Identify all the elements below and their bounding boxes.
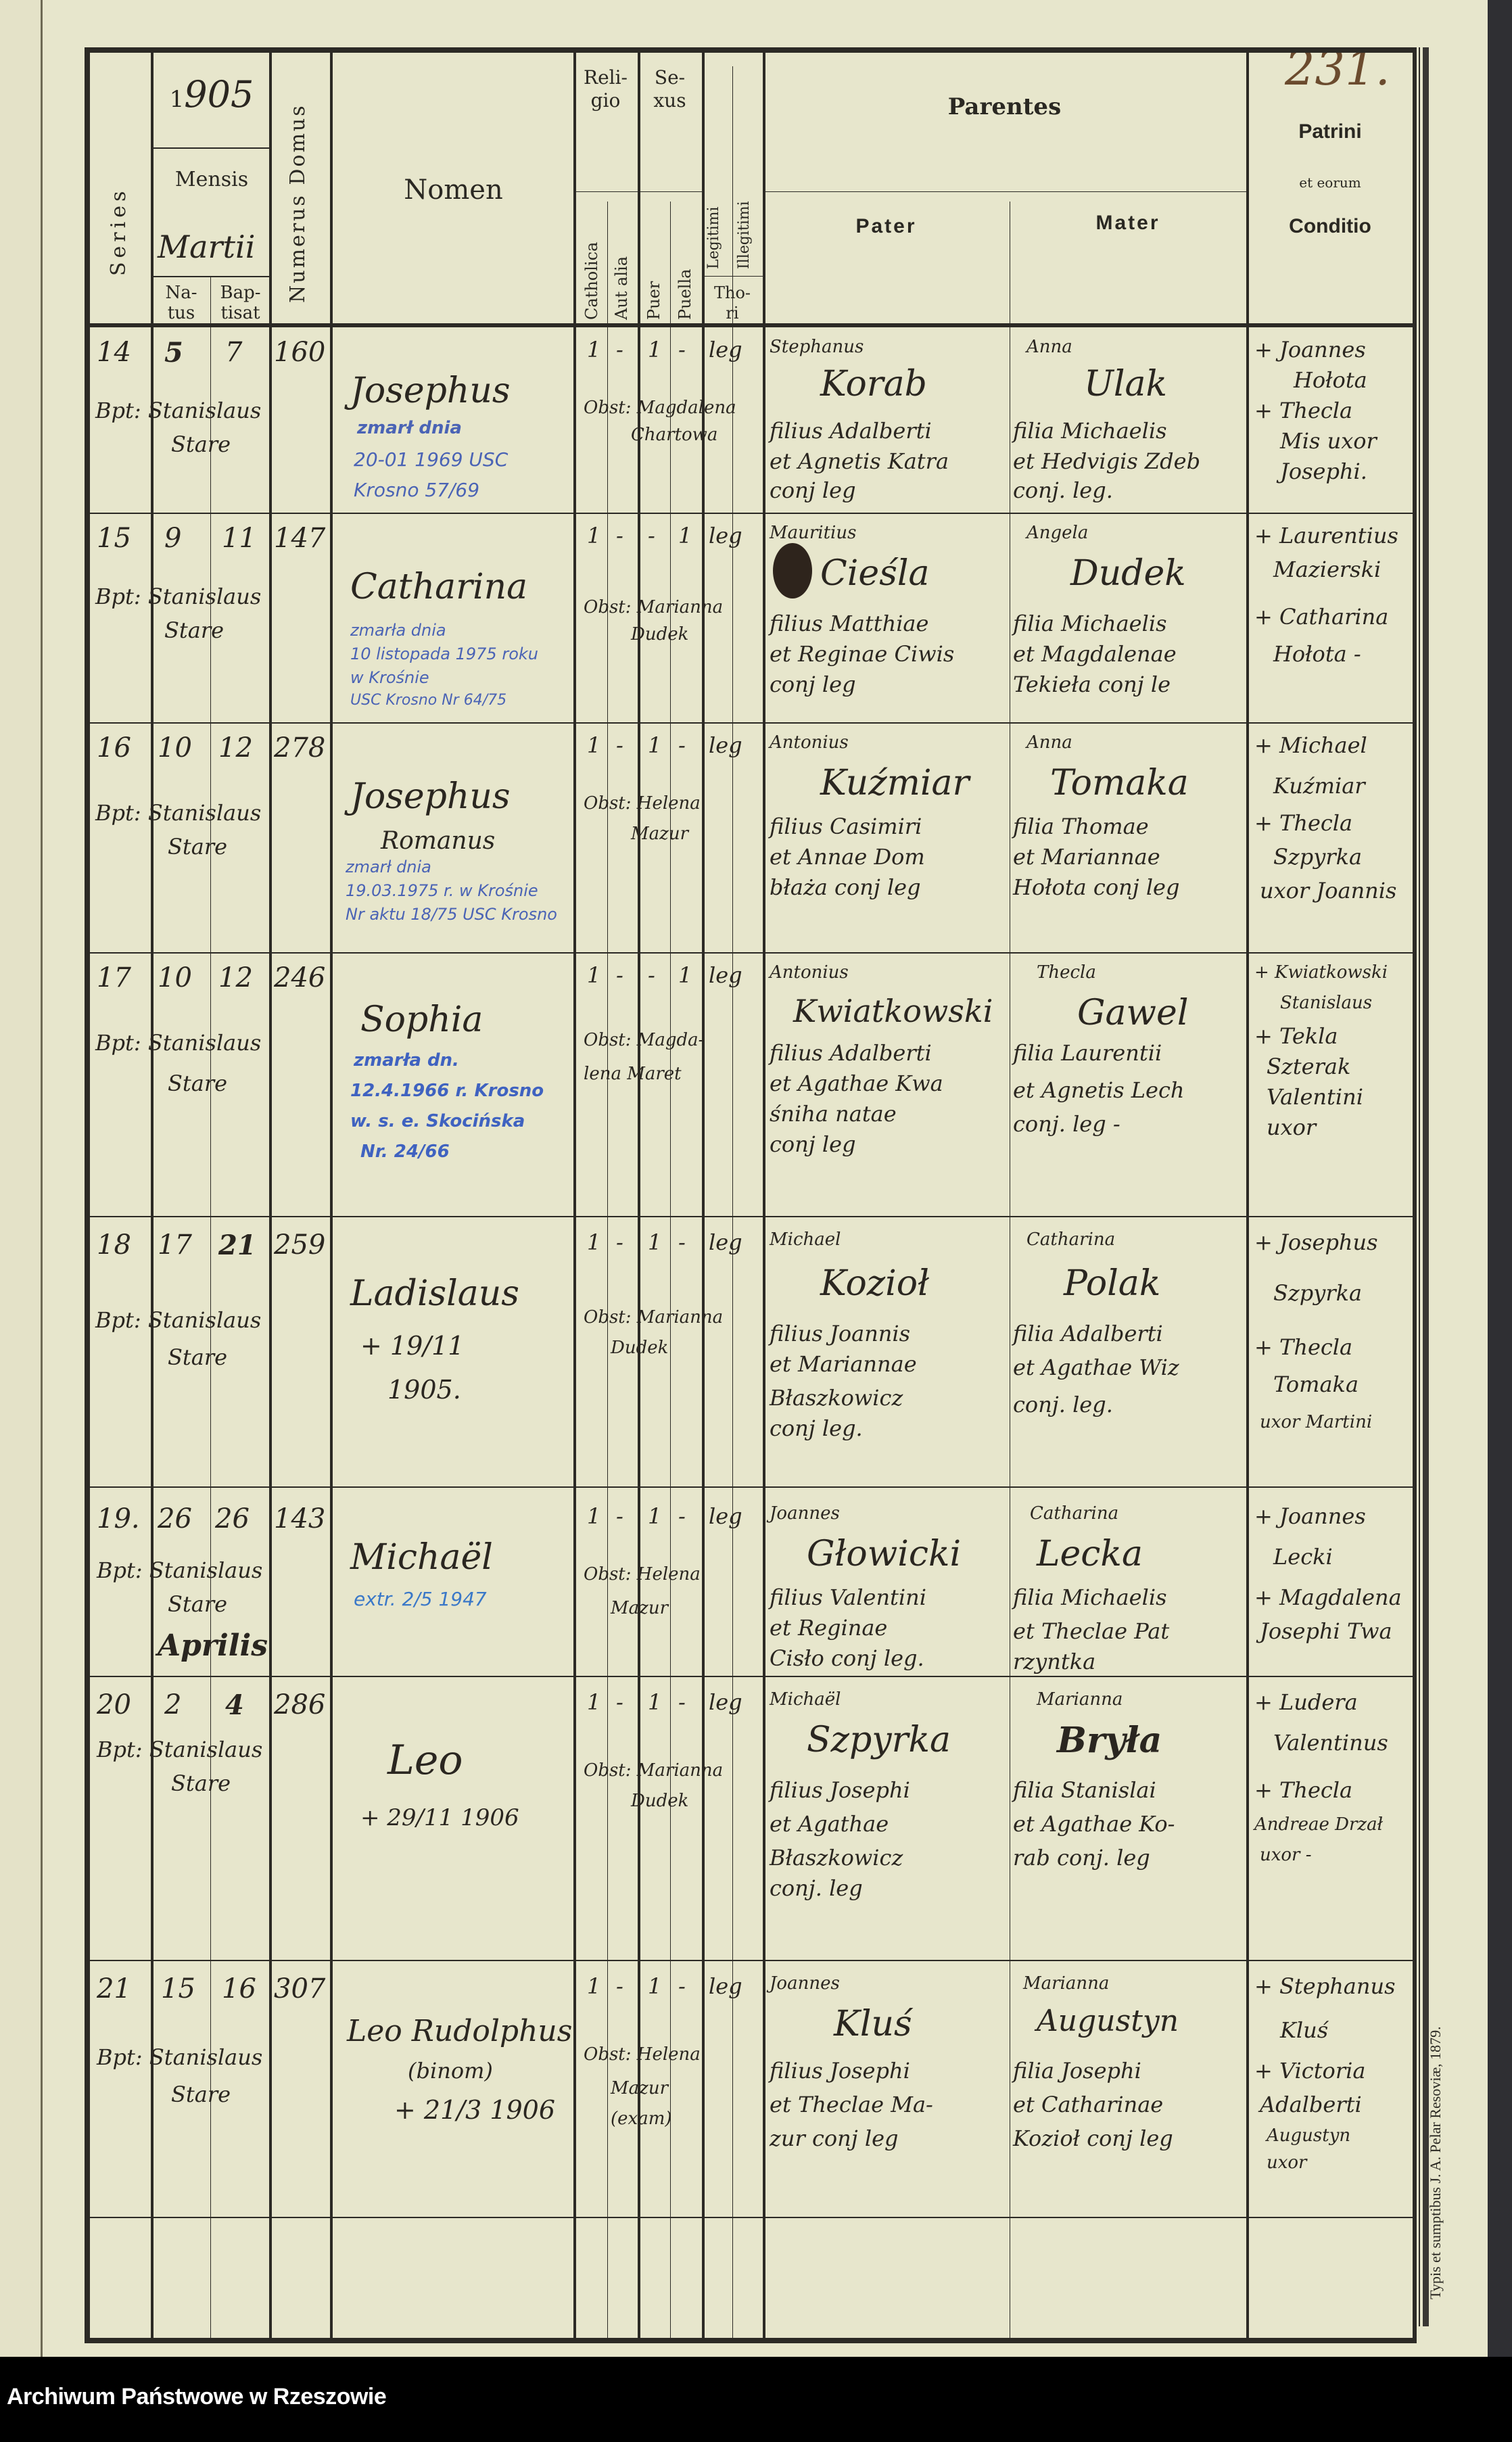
mother-given-name: Catharina [1030,1503,1118,1524]
midwife: Dudek [631,624,688,644]
midwife: Obst: Marianna [584,597,723,617]
godparent: Szpyrka [1273,844,1362,870]
godparent: Valentini [1267,1084,1363,1110]
mother-lineage: et Mariannae [1013,844,1160,870]
godparent: Kuźmiar [1273,773,1365,799]
baptizer-place: Stare [168,834,227,860]
father-lineage: conj leg. [770,1415,863,1441]
father-lineage: śniha natae [770,1101,897,1127]
legitimacy-mark: leg [709,962,742,988]
father-given-name: Antonius [770,732,849,753]
mother-given-name: Catharina [1026,1229,1115,1250]
baptizer: Bpt: Stanislaus [95,584,261,609]
death-annotation: w Krośnie [350,668,429,687]
rule [702,276,763,277]
midwife: Obst: Marianna [584,1307,723,1328]
header-bottom-rule [90,323,1413,327]
godparent: Stanislaus [1280,993,1372,1013]
father-lineage: conj leg [770,1131,856,1157]
father-lineage: zur conj leg [770,2126,898,2151]
baptizer-place: Stare [168,1071,227,1096]
baptism-day: 11 [222,523,256,554]
mother-lineage: filia Michaelis [1013,1584,1167,1610]
baptizer-place: Stare [164,617,224,643]
death-annotation: zmarła dn. [354,1050,459,1071]
header-et-eorum: et eorum [1249,174,1411,191]
aut-alia-mark: - [616,732,623,758]
mother-given-name: Anna [1026,732,1072,753]
header-month: Martii [158,229,255,265]
godparent: + Tekla [1254,1023,1338,1049]
header-mater: Mater [1010,212,1246,235]
father-lineage: et Mariannae [770,1351,917,1377]
godparent: + Ludera [1254,1689,1358,1715]
header-catholica: Catholica [582,242,601,320]
godparent: Kluś [1280,2017,1328,2043]
mother-lineage: et Theclae Pat [1013,1618,1169,1644]
printer-imprint: Typis et sumptibus J. A. Pelar Resoviæ, … [1427,2026,1444,2299]
death-annotation: 19.03.1975 r. w Krośnie [346,881,538,900]
midwife: Chartowa [631,425,717,445]
death-annotation: Nr. 24/66 [360,1142,450,1162]
extract-annotation: extr. 2/5 1947 [354,1588,487,1610]
rule [151,147,269,149]
mother-lineage: conj. leg - [1013,1111,1120,1137]
legitimacy-mark: leg [709,337,742,362]
aut-alia-mark: - [616,962,623,988]
mother-lineage: rzyntka [1013,1649,1095,1674]
death-annotation: Krosno 57/69 [354,479,479,501]
house-number: 307 [274,1973,325,2004]
father-surname: Korab [820,364,927,404]
father-lineage: filius Joannis [770,1321,910,1346]
death-annotation: w. s. e. Skocińska [350,1111,525,1131]
midwife: Obst: Marianna [584,1760,723,1781]
death-annotation: 12.4.1966 r. Krosno [350,1081,544,1101]
row-rule [90,1486,1413,1488]
baptizer: Bpt: Stanislaus [97,1737,262,1762]
mother-given-name: Anna [1026,337,1072,357]
entry-row-18[interactable]: 18 17 21 259 Bpt: Stanislaus Stare Ladis… [90,1219,1413,1486]
row-rule [90,1676,1413,1677]
midwife: Mazur [631,824,688,844]
rule [151,276,269,277]
baptizer-place: Stare [171,1770,231,1796]
death-note: + 29/11 1906 [360,1804,519,1831]
row-rule [90,1960,1413,1961]
aut-alia-mark: - [616,1503,623,1529]
right-border-thick [1423,47,1429,2326]
baptizer-place: Stare [171,2082,231,2107]
father-lineage: filius Matthiae [770,611,928,636]
puer-mark: - [648,962,655,988]
series-number: 14 [97,337,131,368]
godparent: uxor [1267,1114,1316,1140]
mother-surname: Lecka [1037,1534,1143,1574]
birth-day: 26 [158,1503,192,1534]
row-rule [90,1216,1413,1217]
child-name-note: (binom) [408,2058,493,2084]
catholica-mark: 1 [587,732,600,758]
birth-day: 9 [164,523,181,554]
child-name: Catharina [350,567,527,607]
godparent: + Thecla [1254,1777,1352,1803]
godparent: Hołota - [1273,641,1361,667]
mother-surname: Bryła [1057,1720,1162,1761]
mother-lineage: filia Josephi [1013,2058,1141,2084]
archive-footer: Archiwum Państwowe w Rzeszowie [0,2357,1512,2442]
entry-row-16[interactable]: 16 10 12 278 Bpt: Stanislaus Stare Josep… [90,726,1413,952]
mother-lineage: et Agathae Ko- [1013,1811,1175,1837]
midwife: Mazur [611,1598,668,1618]
row-rule [90,2217,1413,2218]
mother-given-name: Marianna [1023,1973,1109,1994]
puer-mark: 1 [648,1503,661,1529]
godparent: Valentinus [1273,1730,1388,1756]
father-given-name: Stephanus [770,337,864,357]
father-surname: Kozioł [820,1263,929,1304]
child-name: Leo [387,1737,463,1784]
father-surname: Głowicki [807,1534,961,1574]
puella-mark: - [678,1973,686,1999]
godparent: + Victoria [1254,2058,1365,2084]
mother-given-name: Thecla [1037,962,1096,983]
baptism-day: 16 [222,1973,256,2004]
house-number: 246 [274,962,325,993]
baptism-day: 21 [218,1229,256,1261]
register-table: Series 1905 Mensis Martii Na- tus Bap- t… [85,47,1417,2343]
father-lineage: conj leg [770,672,856,697]
mother-surname: Polak [1064,1263,1160,1304]
aut-alia-mark: - [616,1229,623,1255]
mother-lineage: Kozioł conj leg [1013,2126,1173,2151]
father-surname: Kwiatkowski [793,993,993,1029]
series-number: 15 [97,523,131,554]
puer-mark: 1 [648,1973,661,1999]
aut-alia-mark: - [616,1973,623,1999]
ink-blot [773,543,812,598]
header-thori: Tho- ri [702,283,763,323]
puer-mark: 1 [648,732,661,758]
mother-given-name: Angela [1026,523,1088,543]
mother-lineage: et Agathae Wiz [1013,1355,1179,1380]
catholica-mark: 1 [587,1503,600,1529]
series-number: 17 [97,962,131,993]
mother-lineage: Hołota conj leg [1013,874,1179,900]
death-note: + 19/11 [360,1331,464,1361]
legitimacy-mark: leg [709,1229,742,1255]
baptism-day: 7 [225,337,242,368]
puella-mark: - [678,732,686,758]
archive-name: Archiwum Państwowe w Rzeszowie [7,2384,386,2410]
godparent: uxor Martini [1260,1412,1372,1432]
godparent: + Thecla [1254,810,1352,836]
puella-mark: - [678,337,686,362]
father-lineage: filius Adalberti [770,1040,932,1066]
mother-lineage: et Catharinae [1013,2092,1163,2117]
baptism-day: 4 [225,1689,244,1721]
godparent: + Thecla [1254,1334,1352,1360]
header-numerus-domus: Numerus Domus [286,103,310,303]
entry-row-20[interactable]: 20 2 4 286 Bpt: Stanislaus Stare Leo + 2… [90,1679,1413,1960]
baptizer-place: Stare [168,1344,227,1370]
godparent: Mis uxor [1280,428,1377,454]
mother-lineage: conj. leg. [1013,1392,1113,1417]
father-given-name: Joannes [770,1503,840,1524]
puella-mark: 1 [678,962,692,988]
series-number: 19. [97,1503,140,1534]
mother-lineage: et Magdalenae [1013,641,1177,667]
mother-surname: Gawel [1077,993,1188,1033]
mother-lineage: rab conj. leg [1013,1845,1150,1871]
godparent: Andreae Drzał [1254,1814,1383,1835]
godparent: uxor - [1260,1845,1312,1865]
mother-surname: Augustyn [1037,2004,1179,2038]
father-given-name: Joannes [770,1973,840,1994]
row-rule [90,952,1413,954]
father-surname: Kuźmiar [820,763,969,803]
midwife: Mazur [611,2078,668,2098]
catholica-mark: 1 [587,523,600,548]
legitimacy-mark: leg [709,732,742,758]
child-name: Leo Rudolphus [347,2014,572,2048]
header-legitimi: Legitimi [705,206,722,269]
father-lineage: filius Josephi [770,2058,910,2084]
godparent: Josephi Twa [1260,1618,1392,1644]
midwife: Obst: Helena [584,2044,701,2065]
godparent: Hołota [1294,367,1367,393]
header-conditio: Conditio [1249,215,1411,238]
father-lineage: filius Josephi [770,1777,910,1803]
rule [573,191,702,192]
legitimacy-mark: leg [709,523,742,548]
child-name: Michaël [350,1537,493,1578]
midwife: (exam) [611,2109,672,2129]
mother-surname: Tomaka [1050,763,1189,803]
death-annotation: zmarł dnia [357,418,462,438]
mother-lineage: filia Stanislai [1013,1777,1156,1803]
father-lineage: błaża conj leg [770,874,921,900]
mother-lineage: et Agnetis Lech [1013,1077,1185,1103]
child-name: Sophia [360,1000,483,1040]
mother-lineage: filia Laurentii [1013,1040,1162,1066]
catholica-mark: 1 [587,962,600,988]
father-lineage: filius Casimiri [770,814,922,839]
house-number: 147 [274,523,325,554]
header-aut-alia: Aut alia [612,256,631,320]
godparent: + Michael [1254,732,1367,758]
legitimacy-mark: leg [709,1689,742,1715]
header-baptisat: Bap- tisat [212,283,269,323]
puer-mark: 1 [648,1689,661,1715]
house-number: 286 [274,1689,325,1720]
godparent: Tomaka [1273,1371,1359,1397]
godparent: Josephi. [1280,459,1367,484]
father-given-name: Michael [770,1229,841,1250]
godparent: + Stephanus [1254,1973,1396,1999]
aut-alia-mark: - [616,523,623,548]
puella-mark: - [678,1689,686,1715]
godparent: Lecki [1273,1544,1333,1570]
death-annotation: zmarła dnia [350,621,446,640]
entry-row-21[interactable]: 21 15 16 307 Bpt: Stanislaus Stare Leo R… [90,1963,1413,2217]
father-lineage: Błaszkowicz [770,1385,903,1411]
rule [763,191,1246,192]
entry-row-19[interactable]: 19. 26 26 143 Bpt: Stanislaus Stare Apri… [90,1490,1413,1676]
right-border-thin [1419,47,1420,2326]
midwife: Obst: Helena [584,1564,701,1584]
godparent: uxor [1267,2153,1307,2173]
godparent: + Joannes [1254,1503,1366,1529]
father-lineage: et Reginae Ciwis [770,641,954,667]
godparent: + Thecla [1254,398,1352,423]
row-rule [90,722,1413,724]
godparent: Mazierski [1273,557,1381,582]
child-name: Ladislaus [350,1273,519,1314]
puella-mark: 1 [678,523,692,548]
death-annotation: zmarł dnia [346,858,431,876]
mother-lineage: filia Michaelis [1013,611,1167,636]
header-year: 1905 [158,73,266,116]
header-religio: Reli- gio [573,66,638,112]
death-annotation: USC Krosno Nr 64/75 [350,692,506,709]
father-lineage: et Reginae [770,1615,887,1641]
father-surname: Cieśla [820,553,930,594]
godparent: + Josephus [1254,1229,1378,1255]
house-number: 160 [274,337,325,368]
header-series: Series [107,187,131,276]
entry-row-15[interactable]: 15 9 11 147 Bpt: Stanislaus Stare Cathar… [90,516,1413,722]
legitimacy-mark: leg [709,1503,742,1529]
house-number: 278 [274,732,325,764]
father-lineage: et Theclae Ma- [770,2092,933,2117]
mother-lineage: conj. leg. [1013,477,1113,503]
mother-lineage: Tekieła conj le [1013,672,1171,697]
puella-mark: - [678,1503,686,1529]
mother-lineage: et Hedvigis Zdeb [1013,448,1200,474]
father-given-name: Antonius [770,962,849,983]
child-name: Josephus [350,371,511,411]
register-page: 231. Series 1905 Mensis [0,0,1488,2357]
death-annotation: 20-01 1969 USC [354,448,508,471]
father-lineage: conj leg [770,477,856,503]
godparent: Adalberti [1260,2092,1362,2117]
midwife: lena Maret [584,1064,682,1084]
father-lineage: et Agnetis Katra [770,448,949,474]
father-lineage: filius Adalberti [770,418,932,444]
death-annotation: Nr aktu 18/75 USC Krosno [346,905,557,924]
catholica-mark: 1 [587,1689,600,1715]
catholica-mark: 1 [587,1229,600,1255]
mother-given-name: Marianna [1037,1689,1123,1710]
baptism-day: 12 [218,962,253,993]
father-surname: Szpyrka [807,1720,951,1760]
mother-surname: Ulak [1084,364,1167,404]
godparent: Szterak [1267,1054,1350,1079]
father-given-name: Mauritius [770,523,856,543]
mother-lineage: filia Thomae [1013,814,1149,839]
puer-mark: 1 [648,1229,661,1255]
header-illegitimi: Illegitimi [736,201,753,269]
header-mensis: Mensis [154,168,269,191]
midwife: Obst: Magda- [584,1030,704,1050]
father-lineage: conj. leg [770,1875,863,1901]
mother-surname: Dudek [1070,553,1186,594]
father-lineage: et Agathae [770,1811,889,1837]
godparent: + Kwiatkowski [1254,962,1388,983]
birth-day: 17 [158,1229,192,1261]
aut-alia-mark: - [616,337,623,362]
puer-mark: 1 [648,337,661,362]
puer-mark: - [648,523,655,548]
father-lineage: et Annae Dom [770,844,925,870]
father-lineage: Cisło conj leg. [770,1645,924,1671]
legitimacy-mark: leg [709,1973,742,1999]
birth-day: 5 [164,337,183,369]
father-surname: Kluś [834,2004,912,2044]
baptizer: Bpt: Stanislaus [95,1030,261,1056]
puella-mark: - [678,1229,686,1255]
house-number: 143 [274,1503,325,1534]
midwife: Dudek [611,1338,668,1358]
baptizer-place: Stare [168,1591,227,1617]
aut-alia-mark: - [616,1689,623,1715]
header-pater: Pater [763,215,1010,238]
entry-row-14[interactable]: 14 5 7 160 Bpt: Stanislaus Stare Josephu… [90,330,1413,513]
midwife: Obst: Helena [584,793,701,814]
father-lineage: Błaszkowicz [770,1845,903,1871]
birth-day: 10 [158,962,192,993]
baptizer-place: Stare [171,431,231,457]
father-lineage: et Agathae Kwa [770,1071,943,1096]
birth-day: 10 [158,732,192,764]
father-lineage: filius Valentini [770,1584,926,1610]
baptism-day: 12 [218,732,253,764]
header-puella: Puella [676,269,694,320]
midwife: Obst: Magdalena [584,398,736,418]
death-note: + 21/3 1906 [394,2095,555,2125]
godparent: + Catharina [1254,604,1388,630]
father-given-name: Michaël [770,1689,841,1710]
godparent: uxor Joannis [1260,878,1396,903]
header-patrini: Patrini [1249,120,1411,143]
series-number: 18 [97,1229,131,1261]
godparent: + Laurentius [1254,523,1398,548]
scan-background [1488,0,1512,2357]
entry-row-17[interactable]: 17 10 12 246 Bpt: Stanislaus Stare Sophi… [90,956,1413,1216]
godparent: + Magdalena [1254,1584,1402,1610]
series-number: 16 [97,732,131,764]
child-second-name: Romanus [381,827,495,855]
row-rule [90,513,1413,514]
month-marker-aprilis: Aprilis [158,1628,268,1663]
catholica-mark: 1 [587,1973,600,1999]
birth-day: 2 [164,1689,181,1720]
death-annotation: 10 listopada 1975 roku [350,644,538,663]
baptizer: Bpt: Stanislaus [95,1307,261,1333]
series-number: 20 [97,1689,131,1720]
midwife: Dudek [631,1791,688,1811]
child-name: Josephus [350,776,511,817]
mother-lineage: filia Adalberti [1013,1321,1163,1346]
baptizer: Bpt: Stanislaus [97,1557,262,1583]
godparent: + Joannes [1254,337,1366,362]
baptizer: Bpt: Stanislaus [95,800,261,826]
mother-lineage: filia Michaelis [1013,418,1167,444]
godparent: Augustyn [1267,2126,1350,2146]
death-note: 1905. [387,1375,461,1405]
series-number: 21 [97,1973,131,2004]
